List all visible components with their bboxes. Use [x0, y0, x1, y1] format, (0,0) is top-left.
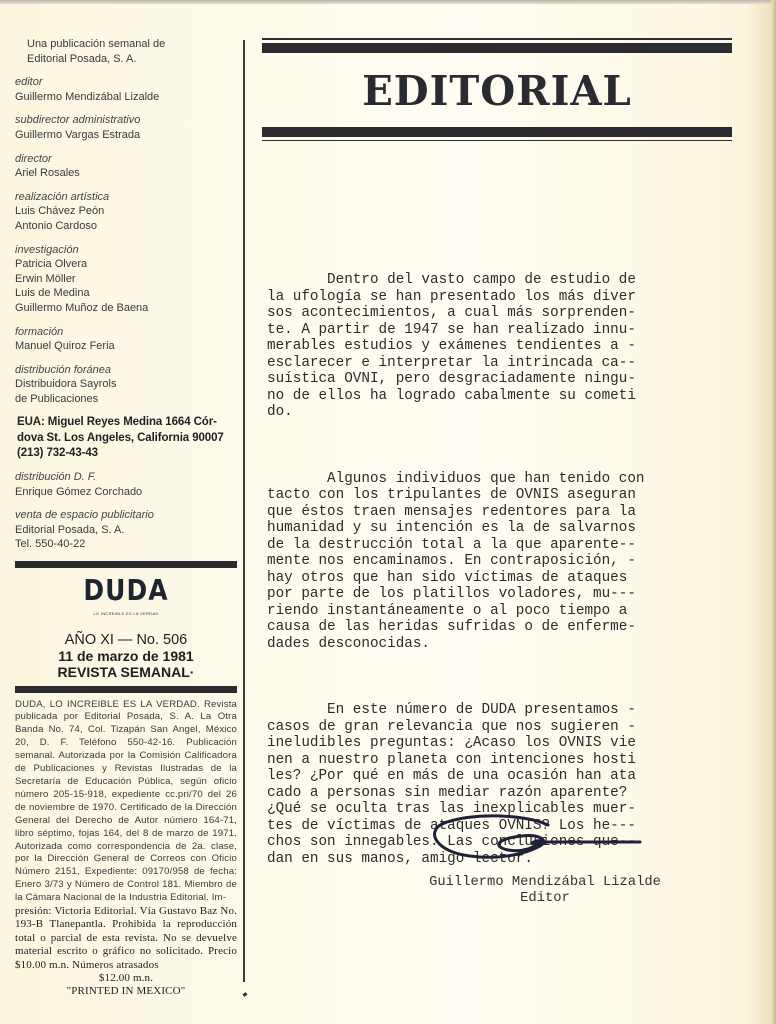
magazine-page: Una publicación semanal de Editorial Pos…: [0, 0, 776, 1024]
credit-name: Enrique Gómez Corchado: [15, 485, 237, 500]
credit-block: formaciónManuel Quiroz Feria: [15, 325, 237, 354]
duda-logo: DUDA: [15, 576, 237, 606]
credit-name: Luis de Medina: [15, 286, 237, 301]
credit-name: Antonio Cardoso: [15, 219, 237, 234]
issue-date: 11 de marzo de 1981: [15, 648, 237, 664]
eua-distribution: EUA: Miguel Reyes Medina 1664 Cór- dova …: [17, 415, 237, 462]
signature-block: Guillermo Mendizábal Lizalde Editor: [400, 875, 690, 907]
editorial-section: EDITORIAL Dentro del vasto campo de estu…: [262, 38, 732, 917]
issue-box-top-rule: [15, 561, 237, 568]
editorial-paragraph: Dentro del vasto campo de estudio de la …: [267, 272, 695, 421]
credit-name: Luis Chávez Peón: [15, 204, 237, 219]
credit-block: distribución foráneaDistribuidora Sayrol…: [15, 363, 237, 407]
title-rule-thin-bottom: [262, 140, 732, 142]
credit-name: Patricia Olvera: [15, 257, 237, 272]
credit-name: Manuel Quiroz Feria: [15, 339, 237, 354]
credit-name: Guillermo Mendizábal Lizalde: [15, 90, 237, 105]
credit-block: editorGuillermo Mendizábal Lizalde: [15, 75, 237, 104]
credit-block: investigaciónPatricia OlveraErwin Möller…: [15, 243, 237, 316]
credits-list: editorGuillermo Mendizábal Lizaldesubdir…: [15, 75, 237, 406]
editorial-paragraph: Algunos individuos que han tenido con ta…: [267, 471, 695, 653]
issue-box-bottom-rule: [15, 686, 237, 693]
credit-name: Editorial Posada, S. A.: [15, 523, 237, 538]
credit-block: distribución D. F.Enrique Gómez Corchado: [15, 470, 237, 499]
ink-speck: [243, 992, 248, 997]
page-top-edge: [0, 0, 776, 4]
legal-notice: DUDA, LO INCREIBLE ES LA VERDAD. Revista…: [15, 699, 237, 999]
page-right-edge: [771, 0, 776, 1024]
credit-block: directorAriel Rosales: [15, 152, 237, 181]
title-rule-thin-top: [262, 38, 732, 40]
credit-block: realización artísticaLuis Chávez PeónAnt…: [15, 190, 237, 234]
legal-text-sans: DUDA, LO INCREIBLE ES LA VERDAD. Revista…: [15, 699, 237, 906]
credit-role: editor: [15, 75, 237, 90]
credit-name: Erwin Möller: [15, 272, 237, 287]
credit-role: distribución foránea: [15, 363, 237, 378]
credit-name: Ariel Rosales: [15, 166, 237, 181]
credit-role: formación: [15, 325, 237, 340]
legal-text-serif: presión: Victoria Editorial. Vía Gustavo…: [15, 905, 237, 972]
back-issue-price: $12.00 m.n.: [15, 972, 237, 985]
signatory-name: Guillermo Mendizábal Lizalde: [400, 875, 690, 891]
intro-line: Una publicación semanal de: [27, 37, 237, 52]
credit-role: investigación: [15, 243, 237, 258]
credit-block: subdirector administrativoGuillermo Varg…: [15, 113, 237, 142]
issue-frequency: REVISTA SEMANAL·: [15, 664, 237, 680]
credit-block: venta de espacio publicitarioEditorial P…: [15, 508, 237, 552]
year-number: AÑO XI — No. 506: [15, 632, 237, 648]
column-divider: [243, 40, 245, 982]
masthead-column: Una publicación semanal de Editorial Pos…: [15, 37, 237, 998]
credit-role: realización artística: [15, 190, 237, 205]
intro-line: Editorial Posada, S. A.: [27, 52, 237, 67]
title-rule-thick-bottom: [262, 127, 732, 137]
credits-list-2: distribución D. F.Enrique Gómez Corchado…: [15, 470, 237, 552]
credit-name: Distribuidora Sayrols: [15, 377, 237, 392]
publisher-intro: Una publicación semanal de Editorial Pos…: [27, 37, 237, 66]
issue-box: DUDA LO INCREIBLE ES LA VERDAD AÑO XI — …: [15, 568, 237, 686]
title-rule-thick-top: [262, 43, 732, 53]
credit-name: Guillermo Vargas Estrada: [15, 128, 237, 143]
editorial-title: EDITORIAL: [267, 67, 728, 115]
printed-in-mexico: "PRINTED IN MEXICO": [15, 985, 237, 998]
issue-info: AÑO XI — No. 506 11 de marzo de 1981 REV…: [15, 632, 237, 680]
credit-name: de Publicaciones: [15, 392, 237, 407]
duda-tagline: LO INCREIBLE ES LA VERDAD: [15, 607, 237, 622]
credit-role: director: [15, 152, 237, 167]
credit-role: venta de espacio publicitario: [15, 508, 237, 523]
signatory-title: Editor: [400, 891, 690, 907]
credit-name: Tel. 550-40-22: [15, 537, 237, 552]
credit-name: Guillermo Muñoz de Baena: [15, 301, 237, 316]
eua-line: EUA: Miguel Reyes Medina 1664 Cór-: [17, 415, 237, 431]
credit-role: distribución D. F.: [15, 470, 237, 485]
signature-icon: [430, 810, 650, 870]
eua-phone: (213) 732-43-43: [17, 446, 237, 462]
credit-role: subdirector administrativo: [15, 113, 237, 128]
eua-line: dova St. Los Angeles, California 90007: [17, 431, 237, 447]
